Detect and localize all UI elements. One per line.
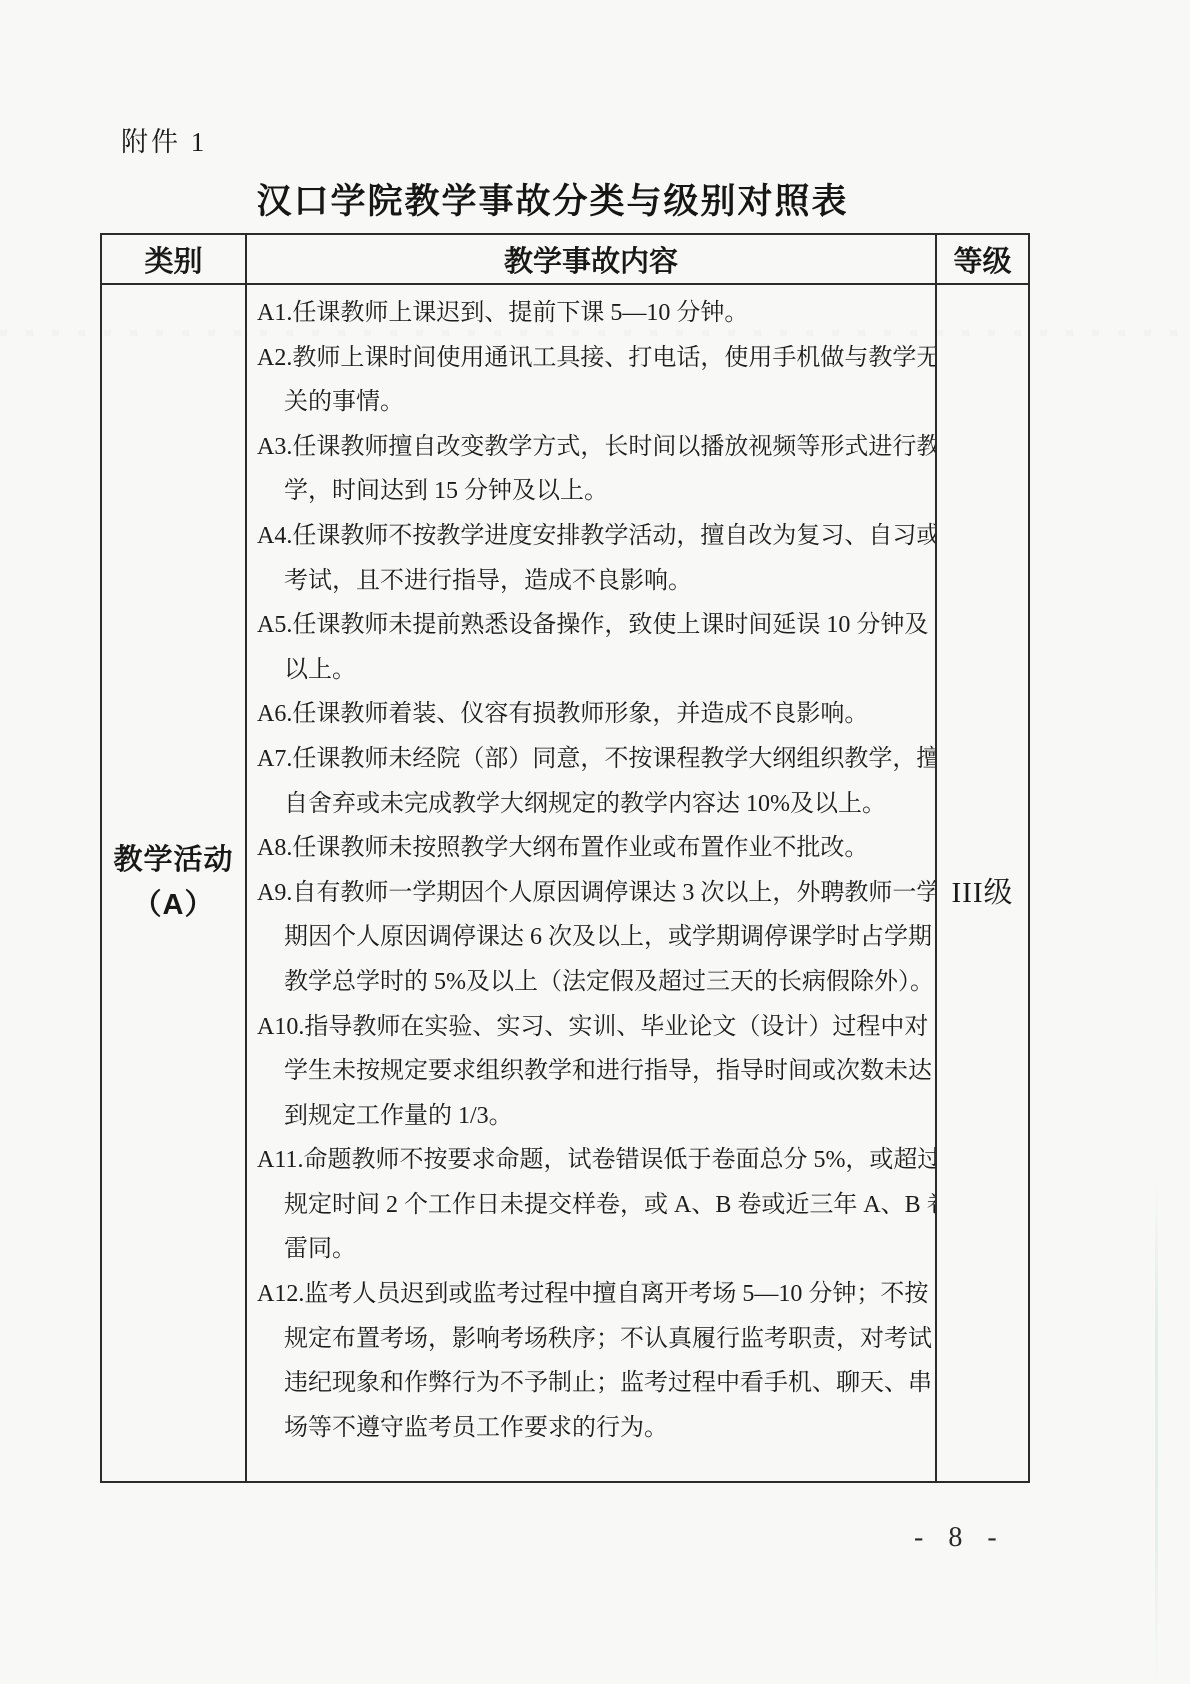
incident-A3-line-2: 学，时间达到 15 分钟及以上。 [257, 469, 929, 514]
incident-A9-line-1: A9.自有教师一学期因个人原因调停课达 3 次以上，外聘教师一学 [257, 871, 929, 916]
page-number: - 8 - [914, 1522, 1006, 1554]
incident-A7-line-1: A7.任课教师未经院（部）同意，不按课程教学大纲组织教学，擅 [257, 737, 929, 782]
incident-A11-line-1: A11.命题教师不按要求命题，试卷错误低于卷面总分 5%，或超过 [257, 1138, 929, 1183]
incident-list: A1.任课教师上课迟到、提前下课 5—10 分钟。A2.教师上课时间使用通讯工具… [247, 285, 937, 1481]
incident-A10-line-1: A10.指导教师在实验、实习、实训、毕业论文（设计）过程中对 [257, 1005, 929, 1050]
table-header-row: 类别 教学事故内容 等级 [102, 235, 1028, 285]
page-title: 汉口学院教学事故分类与级别对照表 [0, 174, 1105, 224]
incident-A11-line-2: 规定时间 2 个工作日未提交样卷，或 A、B 卷或近三年 A、B 卷 [257, 1183, 929, 1228]
incident-A12-line-3: 违纪现象和作弊行为不予制止；监考过程中看手机、聊天、串 [257, 1361, 929, 1406]
incident-A12-line-1: A12.监考人员迟到或监考过程中擅自离开考场 5—10 分钟；不按 [257, 1272, 929, 1317]
incident-A7-line-2: 自舍弃或未完成教学大纲规定的教学内容达 10%及以上。 [257, 782, 929, 827]
header-content: 教学事故内容 [247, 235, 937, 283]
table-body-row: 教学活动 （A） A1.任课教师上课迟到、提前下课 5—10 分钟。A2.教师上… [102, 285, 1028, 1481]
incident-A4-line-2: 考试，且不进行指导，造成不良影响。 [257, 559, 929, 604]
category-code: （A） [133, 883, 215, 928]
incident-A10-line-3: 到规定工作量的 1/3。 [257, 1094, 929, 1139]
scan-artifact-edge [1155, 1180, 1158, 1684]
incident-A12-line-2: 规定布置考场，影响考场秩序；不认真履行监考职责，对考试 [257, 1317, 929, 1362]
incident-A2-line-2: 关的事情。 [257, 380, 929, 425]
incident-A5-line-1: A5.任课教师未提前熟悉设备操作，致使上课时间延误 10 分钟及 [257, 603, 929, 648]
incident-A9-line-2: 期因个人原因调停课达 6 次及以上，或学期调停课学时占学期 [257, 915, 929, 960]
incident-A5-line-2: 以上。 [257, 648, 929, 693]
attachment-label: 附件 1 [121, 120, 207, 159]
category-name: 教学活动 [113, 838, 233, 883]
incident-A1-line-1: A1.任课教师上课迟到、提前下课 5—10 分钟。 [257, 291, 929, 336]
header-category: 类别 [102, 235, 247, 283]
level-value: III级 [952, 870, 1014, 911]
incident-A4-line-1: A4.任课教师不按教学进度安排教学活动，擅自改为复习、自习或 [257, 514, 929, 559]
incident-A3-line-1: A3.任课教师擅自改变教学方式，长时间以播放视频等形式进行教 [257, 425, 929, 470]
incident-A8-line-1: A8.任课教师未按照教学大纲布置作业或布置作业不批改。 [257, 826, 929, 871]
level-cell: III级 [937, 285, 1028, 1481]
incident-A9-line-3: 教学总学时的 5%及以上（法定假及超过三天的长病假除外）。 [257, 960, 929, 1005]
incident-A6-line-1: A6.任课教师着装、仪容有损教师形象，并造成不良影响。 [257, 692, 929, 737]
category-cell: 教学活动 （A） [102, 285, 247, 1481]
header-level: 等级 [937, 235, 1028, 283]
incident-A2-line-1: A2.教师上课时间使用通讯工具接、打电话，使用手机做与教学无 [257, 336, 929, 381]
incident-A11-line-3: 雷同。 [257, 1227, 929, 1272]
incident-A12-line-4: 场等不遵守监考员工作要求的行为。 [257, 1406, 929, 1451]
incident-table: 类别 教学事故内容 等级 教学活动 （A） A1.任课教师上课迟到、提前下课 5… [100, 233, 1030, 1483]
incident-A10-line-2: 学生未按规定要求组织教学和进行指导，指导时间或次数未达 [257, 1049, 929, 1094]
